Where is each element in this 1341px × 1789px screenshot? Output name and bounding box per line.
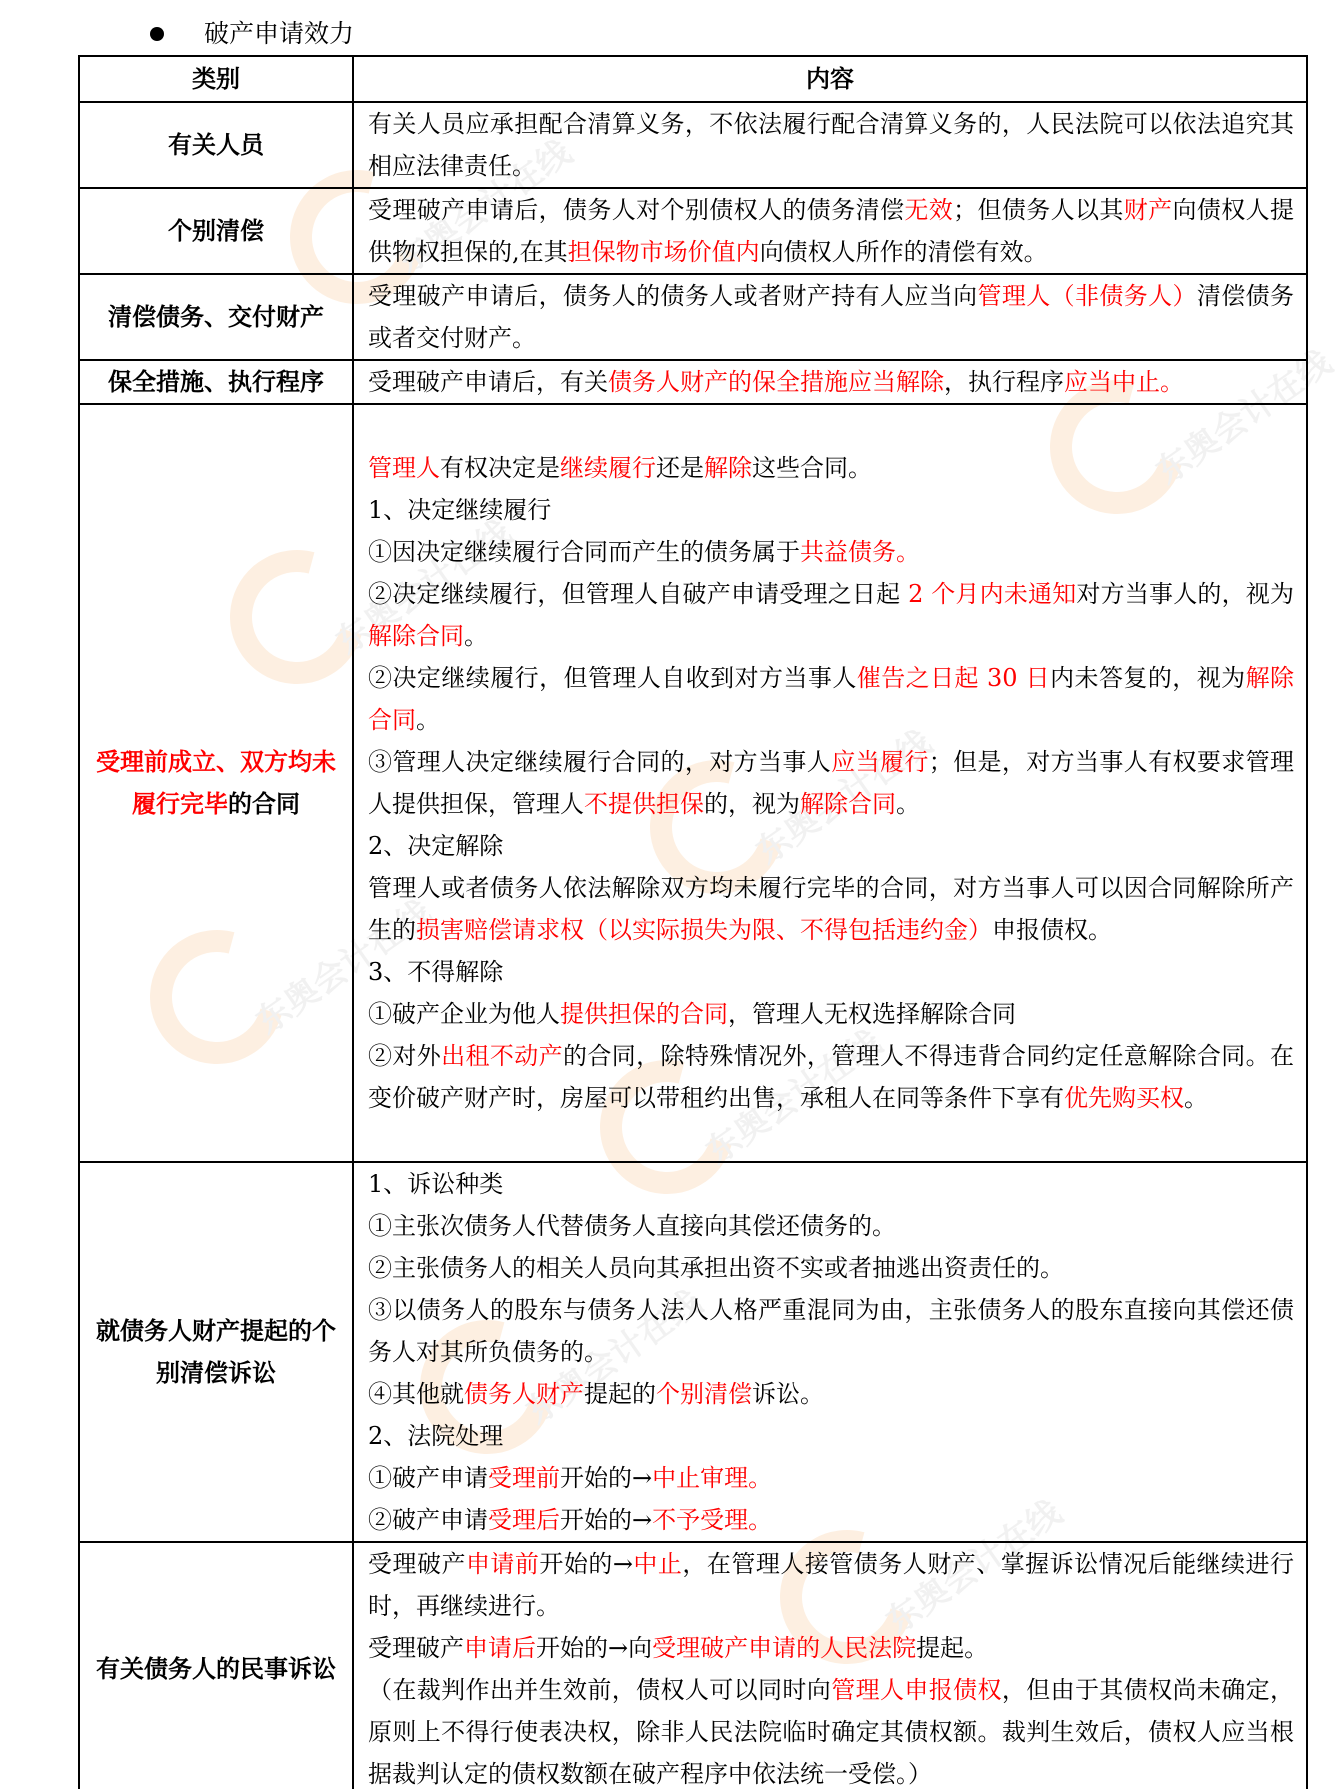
header-category: 类别 (79, 56, 353, 102)
content-text: ，执行程序 (944, 368, 1064, 396)
content-text: 。 (896, 790, 920, 818)
highlight-text: 债务人财产的保全措施应当解除 (608, 368, 944, 396)
content-paragraph: ②对外出租不动产的合同，除特殊情况外，管理人不得违背合同约定任意解除合同。在变价… (368, 1035, 1294, 1119)
content-cell: 受理破产申请后，有关债务人财产的保全措施应当解除，执行程序应当中止。 (353, 360, 1307, 404)
content-text: ④其他就 (368, 1380, 464, 1408)
content-cell: 管理人有权决定是继续履行还是解除这些合同。1、决定继续履行①因决定继续履行合同而… (353, 404, 1307, 1162)
highlight-text: 管理人 (368, 454, 440, 482)
category-cell: 保全措施、执行程序 (79, 360, 353, 404)
content-text: 还是 (656, 454, 704, 482)
content-cell: 1、诉讼种类①主张次债务人代替债务人直接向其偿还债务的。②主张债务人的相关人员向… (353, 1162, 1307, 1542)
content-text: 提起的 (584, 1380, 656, 1408)
content-text: ②主张债务人的相关人员向其承担出资不实或者抽逃出资责任的。 (368, 1254, 1064, 1282)
table-row: 有关人员有关人员应承担配合清算义务，不依法履行配合清算义务的，人民法院可以依法追… (79, 102, 1307, 188)
highlight-text: 受理前 (488, 1464, 560, 1492)
content-paragraph: 1、决定继续履行 (368, 489, 1294, 531)
content-text: ②破产申请 (368, 1506, 488, 1534)
content-text: ②决定继续履行，但管理人自破产申请受理之日起 (368, 580, 908, 608)
highlight-text: 受理后 (488, 1506, 560, 1534)
table-row: 保全措施、执行程序受理破产申请后，有关债务人财产的保全措施应当解除，执行程序应当… (79, 360, 1307, 404)
highlight-text: 解除 (704, 454, 752, 482)
highlight-text: 担保物市场价值内 (568, 238, 760, 266)
content-paragraph: ①破产申请受理前开始的→中止审理。 (368, 1457, 1294, 1499)
content-text: 开始的→ (560, 1464, 652, 1492)
content-text: 1、决定继续履行 (368, 496, 551, 524)
content-paragraph: 管理人或者债务人依法解除双方均未履行完毕的合同，对方当事人可以因合同解除所产生的… (368, 867, 1294, 951)
content-cell: 受理破产申请后，债务人对个别债权人的债务清偿无效；但债务人以其财产向债权人提供物… (353, 188, 1307, 274)
category-text: 就债务人财产提起的个别清偿诉讼 (96, 1316, 336, 1387)
content-text: ①因决定继续履行合同而产生的债务属于 (368, 538, 800, 566)
table-row: 有关债务人的民事诉讼受理破产申请前开始的→中止，在管理人接管债务人财产、掌握诉讼… (79, 1542, 1307, 1789)
content-text: 受理破产 (368, 1550, 466, 1578)
content-text: 1、诉讼种类 (368, 1170, 503, 1198)
highlight-text: 出租不动产 (441, 1042, 563, 1070)
content-paragraph: 管理人有权决定是继续履行还是解除这些合同。 (368, 447, 1294, 489)
highlight-text: 提供担保的合同 (560, 1000, 728, 1028)
content-paragraph: ②决定继续履行，但管理人自收到对方当事人催告之日起 30 日内未答复的，视为解除… (368, 657, 1294, 741)
content-paragraph: 3、不得解除 (368, 951, 1294, 993)
content-paragraph: ①主张次债务人代替债务人直接向其偿还债务的。 (368, 1205, 1294, 1247)
content-text: 开始的→ (539, 1550, 633, 1578)
content-paragraph: ②决定继续履行，但管理人自破产申请受理之日起 2 个月内未通知对方当事人的，视为… (368, 573, 1294, 657)
content-text: 对方当事人的，视为 (1076, 580, 1294, 608)
content-paragraph: 受理破产申请后，债务人对个别债权人的债务清偿无效；但债务人以其财产向债权人提供物… (368, 189, 1294, 273)
content-paragraph: 受理破产申请前开始的→中止，在管理人接管债务人财产、掌握诉讼情况后能继续进行时，… (368, 1543, 1294, 1627)
content-text: （在裁判作出并生效前，债权人可以同时向 (368, 1676, 831, 1704)
content-paragraph: ②破产申请受理后开始的→不予受理。 (368, 1499, 1294, 1541)
content-text: ①主张次债务人代替债务人直接向其偿还债务的。 (368, 1212, 896, 1240)
category-text: 清偿债务、交付财产 (108, 302, 324, 331)
highlight-text: 应当中止。 (1064, 368, 1184, 396)
content-text: 受理破产申请后，债务人对个别债权人的债务清偿 (368, 196, 904, 224)
highlight-text: 受理破产申请的人民法院 (652, 1634, 916, 1662)
category-text: 有关人员 (168, 130, 264, 159)
category-cell: 清偿债务、交付财产 (79, 274, 353, 360)
content-paragraph: 1、诉讼种类 (368, 1163, 1294, 1205)
content-text: 内未答复的，视为 (1050, 664, 1246, 692)
content-text: 有关人员应承担配合清算义务，不依法履行配合清算义务的，人民法院可以依法追究其相应… (368, 110, 1294, 180)
content-text: 开始的→向 (536, 1634, 652, 1662)
content-paragraph: （在裁判作出并生效前，债权人可以同时向管理人申报债权，但由于其债权尚未确定，原则… (368, 1669, 1294, 1789)
category-cell: 个别清偿 (79, 188, 353, 274)
table-row: 就债务人财产提起的个别清偿诉讼1、诉讼种类①主张次债务人代替债务人直接向其偿还债… (79, 1162, 1307, 1542)
content-text: ③管理人决定继续履行合同的，对方当事人 (368, 748, 831, 776)
category-text: 保全措施、执行程序 (108, 367, 324, 396)
category-text: 有关债务人的民事诉讼 (96, 1654, 336, 1683)
content-cell: 有关人员应承担配合清算义务，不依法履行配合清算义务的，人民法院可以依法追究其相应… (353, 102, 1307, 188)
content-paragraph: ①破产企业为他人提供担保的合同，管理人无权选择解除合同 (368, 993, 1294, 1035)
content-text: 。 (1184, 1084, 1208, 1112)
highlight-text: 申请后 (464, 1634, 536, 1662)
category-cell: 有关人员 (79, 102, 353, 188)
content-paragraph: ①因决定继续履行合同而产生的债务属于共益债务。 (368, 531, 1294, 573)
highlight-text: 管理人（非债务人） (977, 282, 1196, 310)
content-text: 诉讼。 (752, 1380, 824, 1408)
content-text: 受理破产 (368, 1634, 464, 1662)
table-body: 有关人员有关人员应承担配合清算义务，不依法履行配合清算义务的，人民法院可以依法追… (79, 102, 1307, 1789)
content-text: 。 (464, 622, 488, 650)
content-paragraph: ③管理人决定继续履行合同的，对方当事人应当履行；但是，对方当事人有权要求管理人提… (368, 741, 1294, 825)
category-text: 的合同 (228, 789, 300, 818)
content-text: 提起。 (916, 1634, 988, 1662)
highlight-text: 优先购买权 (1064, 1084, 1184, 1112)
content-paragraph: 受理破产申请后，债务人的债务人或者财产持有人应当向管理人（非债务人）清偿债务或者… (368, 275, 1294, 359)
highlight-text: 个别清偿 (656, 1380, 752, 1408)
bankruptcy-effects-table: 类别 内容 有关人员有关人员应承担配合清算义务，不依法履行配合清算义务的，人民法… (78, 55, 1308, 1789)
content-text: ①破产企业为他人 (368, 1000, 560, 1028)
content-text: ，管理人无权选择解除合同 (728, 1000, 1016, 1028)
content-paragraph: ④其他就债务人财产提起的个别清偿诉讼。 (368, 1373, 1294, 1415)
highlight-text: 中止审理。 (652, 1464, 772, 1492)
content-paragraph: ②主张债务人的相关人员向其承担出资不实或者抽逃出资责任的。 (368, 1247, 1294, 1289)
highlight-text: 申请前 (466, 1550, 539, 1578)
highlight-text: 受理前成立、双方均未履行完毕 (96, 747, 336, 818)
category-cell: 有关债务人的民事诉讼 (79, 1542, 353, 1789)
highlight-text: 不提供担保 (584, 790, 704, 818)
category-text: 个别清偿 (168, 216, 264, 245)
table-row: 清偿债务、交付财产受理破产申请后，债务人的债务人或者财产持有人应当向管理人（非债… (79, 274, 1307, 360)
highlight-text: 中止 (633, 1550, 682, 1578)
content-text: 申报债权。 (992, 916, 1112, 944)
highlight-text: 2 个月内未通知 (908, 580, 1076, 608)
content-paragraph: 受理破产申请后，有关债务人财产的保全措施应当解除，执行程序应当中止。 (368, 361, 1294, 403)
table-row: 受理前成立、双方均未履行完毕的合同管理人有权决定是继续履行还是解除这些合同。1、… (79, 404, 1307, 1162)
section-title: 破产申请效力 (150, 14, 354, 54)
content-text: 有权决定是 (440, 454, 560, 482)
highlight-text: 催告之日起 30 日 (857, 664, 1050, 692)
content-text: 。 (416, 706, 440, 734)
content-text: ②决定继续履行，但管理人自收到对方当事人 (368, 664, 857, 692)
content-text: ②对外 (368, 1042, 441, 1070)
highlight-text: 不予受理。 (652, 1506, 772, 1534)
content-text: 开始的→ (560, 1506, 652, 1534)
content-text: ①破产申请 (368, 1464, 488, 1492)
highlight-text: 解除合同 (368, 622, 464, 650)
content-text: 2、法院处理 (368, 1422, 503, 1450)
bullet-icon (150, 27, 164, 41)
content-paragraph: ③以债务人的股东与债务人法人人格严重混同为由，主张债务人的股东直接向其偿还债务人… (368, 1289, 1294, 1373)
content-paragraph: 受理破产申请后开始的→向受理破产申请的人民法院提起。 (368, 1627, 1294, 1669)
content-text: ；但债务人以其 (953, 196, 1124, 224)
content-text: 受理破产申请后，债务人的债务人或者财产持有人应当向 (368, 282, 977, 310)
highlight-text: 解除合同 (800, 790, 896, 818)
content-text: 受理破产申请后，有关 (368, 368, 608, 396)
content-cell: 受理破产申请前开始的→中止，在管理人接管债务人财产、掌握诉讼情况后能继续进行时，… (353, 1542, 1307, 1789)
highlight-text: 管理人申报债权 (831, 1676, 1002, 1704)
content-paragraph: 2、法院处理 (368, 1415, 1294, 1457)
highlight-text: 债务人财产 (464, 1380, 584, 1408)
highlight-text: 无效 (904, 196, 953, 224)
category-cell: 就债务人财产提起的个别清偿诉讼 (79, 1162, 353, 1542)
header-content: 内容 (353, 56, 1307, 102)
highlight-text: 继续履行 (560, 454, 656, 482)
content-paragraph: 2、决定解除 (368, 825, 1294, 867)
content-text: 的，视为 (704, 790, 800, 818)
content-text: 向债权人所作的清偿有效。 (760, 238, 1048, 266)
table-row: 个别清偿受理破产申请后，债务人对个别债权人的债务清偿无效；但债务人以其财产向债权… (79, 188, 1307, 274)
section-title-text: 破产申请效力 (204, 14, 354, 54)
content-text: ③以债务人的股东与债务人法人人格严重混同为由，主张债务人的股东直接向其偿还债务人… (368, 1296, 1294, 1366)
content-paragraph: 有关人员应承担配合清算义务，不依法履行配合清算义务的，人民法院可以依法追究其相应… (368, 103, 1294, 187)
highlight-text: 财产 (1124, 196, 1173, 224)
highlight-text: 损害赔偿请求权（以实际损失为限、不得包括违约金） (416, 916, 992, 944)
content-text: 2、决定解除 (368, 832, 503, 860)
category-cell: 受理前成立、双方均未履行完毕的合同 (79, 404, 353, 1162)
content-text: 3、不得解除 (368, 958, 503, 986)
table-header-row: 类别 内容 (79, 56, 1307, 102)
highlight-text: 共益债务。 (800, 538, 920, 566)
content-text: 这些合同。 (752, 454, 872, 482)
content-cell: 受理破产申请后，债务人的债务人或者财产持有人应当向管理人（非债务人）清偿债务或者… (353, 274, 1307, 360)
highlight-text: 应当履行 (831, 748, 929, 776)
